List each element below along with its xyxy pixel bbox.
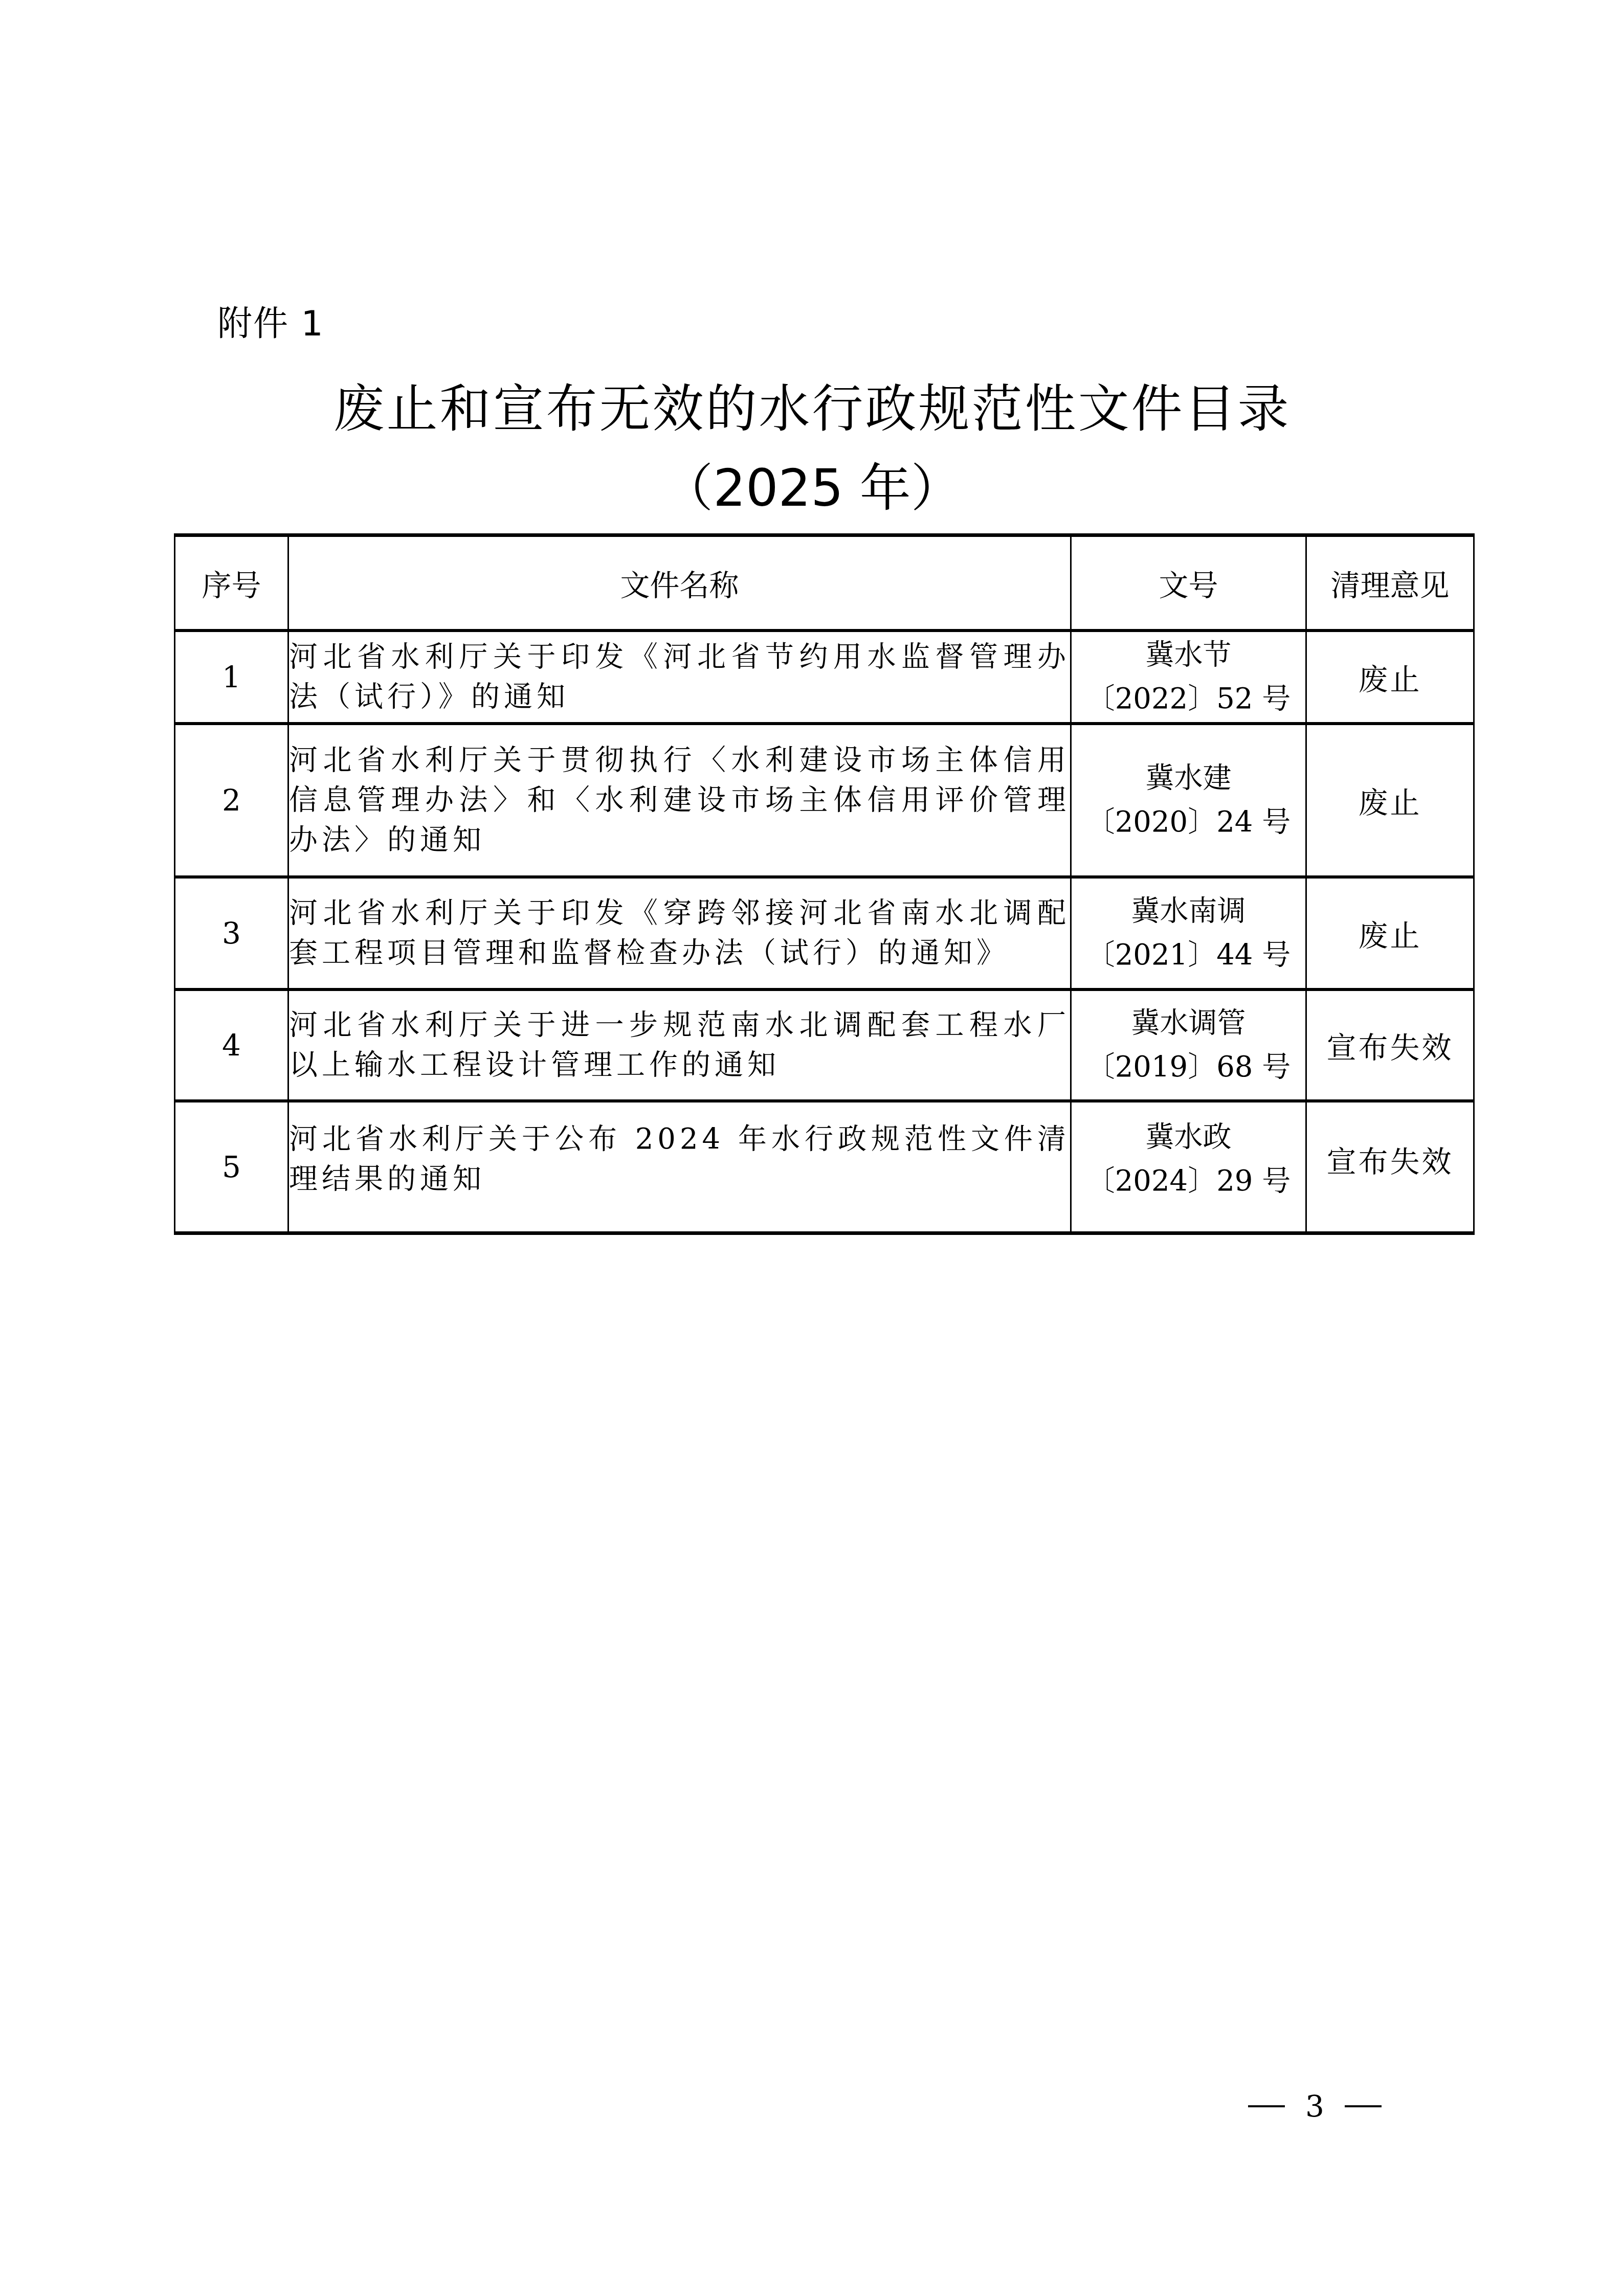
- table-row: 5 河北省水利厅关于公布 2024 年水行政规范性文件清理结果的通知 冀水政 〔…: [175, 1101, 1474, 1233]
- page-number-dash-right: [1345, 2105, 1382, 2107]
- table-row: 2 河北省水利厅关于贯彻执行〈水利建设市场主体信用信息管理办法〉和〈水利建设市场…: [175, 724, 1474, 877]
- row-cleanup-opinion: 废止: [1306, 877, 1474, 989]
- document-number-prefix: 冀水南调: [1072, 889, 1305, 933]
- page-number-value: 3: [1305, 2091, 1324, 2121]
- row-document-number: 冀水南调 〔2021〕44 号: [1071, 877, 1306, 989]
- row-index: 4: [175, 989, 288, 1101]
- document-number-prefix: 冀水政: [1072, 1115, 1305, 1159]
- document-catalog-table: 序号 文件名称 文号 清理意见 1 河北省水利厅关于印发《河北省节约用水监督管理…: [174, 533, 1475, 1235]
- document-number-serial: 〔2024〕29 号: [1072, 1159, 1305, 1203]
- page-number: 3: [1248, 2091, 1382, 2121]
- header-cleanup-opinion: 清理意见: [1306, 535, 1474, 631]
- table-row: 4 河北省水利厅关于进一步规范南水北调配套工程水厂以上输水工程设计管理工作的通知…: [175, 989, 1474, 1101]
- document-number-prefix: 冀水节: [1072, 633, 1305, 677]
- document-number-serial: 〔2020〕24 号: [1072, 800, 1305, 844]
- row-document-name: 河北省水利厅关于进一步规范南水北调配套工程水厂以上输水工程设计管理工作的通知: [288, 989, 1071, 1101]
- row-document-number: 冀水建 〔2020〕24 号: [1071, 724, 1306, 877]
- document-title: 废止和宣布无效的水行政规范性文件目录: [0, 384, 1624, 435]
- row-cleanup-opinion: 宣布失效: [1306, 1101, 1474, 1233]
- table-row: 3 河北省水利厅关于印发《穿跨邻接河北省南水北调配套工程项目管理和监督检查办法（…: [175, 877, 1474, 989]
- row-document-number: 冀水政 〔2024〕29 号: [1071, 1101, 1306, 1233]
- row-document-name: 河北省水利厅关于印发《河北省节约用水监督管理办法（试行）》的通知: [288, 631, 1071, 724]
- header-document-name: 文件名称: [288, 535, 1071, 631]
- row-document-name: 河北省水利厅关于贯彻执行〈水利建设市场主体信用信息管理办法〉和〈水利建设市场主体…: [288, 724, 1071, 877]
- row-index: 5: [175, 1101, 288, 1233]
- document-number-serial: 〔2022〕52 号: [1072, 677, 1305, 721]
- document-subtitle: （2025 年）: [0, 463, 1624, 514]
- row-document-name: 河北省水利厅关于印发《穿跨邻接河北省南水北调配套工程项目管理和监督检查办法（试行…: [288, 877, 1071, 989]
- attachment-label: 附件 1: [217, 307, 324, 342]
- row-cleanup-opinion: 宣布失效: [1306, 989, 1474, 1101]
- table-header-row: 序号 文件名称 文号 清理意见: [175, 535, 1474, 631]
- row-document-number: 冀水节 〔2022〕52 号: [1071, 631, 1306, 724]
- header-index: 序号: [175, 535, 288, 631]
- row-cleanup-opinion: 废止: [1306, 631, 1474, 724]
- row-document-name: 河北省水利厅关于公布 2024 年水行政规范性文件清理结果的通知: [288, 1101, 1071, 1233]
- row-index: 3: [175, 877, 288, 989]
- row-document-number: 冀水调管 〔2019〕68 号: [1071, 989, 1306, 1101]
- page-number-dash-left: [1248, 2105, 1285, 2107]
- document-number-prefix: 冀水建: [1072, 756, 1305, 800]
- document-number-serial: 〔2021〕44 号: [1072, 933, 1305, 977]
- row-cleanup-opinion: 废止: [1306, 724, 1474, 877]
- document-number-serial: 〔2019〕68 号: [1072, 1045, 1305, 1089]
- header-document-number: 文号: [1071, 535, 1306, 631]
- row-index: 2: [175, 724, 288, 877]
- table-row: 1 河北省水利厅关于印发《河北省节约用水监督管理办法（试行）》的通知 冀水节 〔…: [175, 631, 1474, 724]
- document-number-prefix: 冀水调管: [1072, 1001, 1305, 1045]
- row-index: 1: [175, 631, 288, 724]
